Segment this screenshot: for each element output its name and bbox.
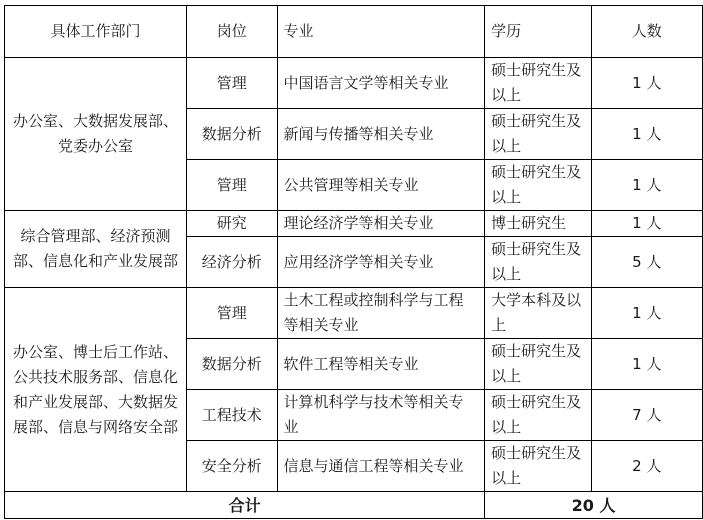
count-cell: 5 人 <box>591 237 702 288</box>
major-cell: 应用经济学等相关专业 <box>277 237 485 288</box>
table-row: 办公室、博士后工作站、公共技术服务部、信息化和产业发展部、大数据发展部、信息与网… <box>5 288 703 339</box>
education-cell: 硕士研究生及以上 <box>485 441 591 492</box>
education-cell: 硕士研究生及以上 <box>485 237 591 288</box>
major-cell: 信息与通信工程等相关专业 <box>277 441 485 492</box>
position-cell: 管理 <box>186 288 277 339</box>
education-cell: 硕士研究生及以上 <box>485 339 591 390</box>
count-cell: 1 人 <box>591 339 702 390</box>
table-row: 办公室、大数据发展部、党委办公室 管理 中国语言文学等相关专业 硕士研究生及以上… <box>5 58 703 109</box>
position-cell: 管理 <box>186 58 277 109</box>
position-cell: 数据分析 <box>186 339 277 390</box>
count-cell: 7 人 <box>591 390 702 441</box>
major-cell: 中国语言文学等相关专业 <box>277 58 485 109</box>
total-value: 20 人 <box>485 492 703 519</box>
count-cell: 1 人 <box>591 211 702 237</box>
education-cell: 博士研究生 <box>485 211 591 237</box>
total-row: 合计 20 人 <box>5 492 703 519</box>
position-cell: 经济分析 <box>186 237 277 288</box>
position-cell: 数据分析 <box>186 109 277 160</box>
major-cell: 计算机科学与技术等相关专业 <box>277 390 485 441</box>
major-cell: 软件工程等相关专业 <box>277 339 485 390</box>
count-cell: 1 人 <box>591 58 702 109</box>
header-position: 岗位 <box>186 6 277 58</box>
position-cell: 安全分析 <box>186 441 277 492</box>
education-cell: 硕士研究生及以上 <box>485 390 591 441</box>
header-department: 具体工作部门 <box>5 6 187 58</box>
recruitment-table: 具体工作部门 岗位 专业 学历 人数 办公室、大数据发展部、党委办公室 管理 中… <box>4 5 703 519</box>
major-cell: 理论经济学等相关专业 <box>277 211 485 237</box>
count-cell: 1 人 <box>591 288 702 339</box>
education-cell: 大学本科及以上 <box>485 288 591 339</box>
major-cell: 土木工程或控制科学与工程等相关专业 <box>277 288 485 339</box>
position-cell: 研究 <box>186 211 277 237</box>
major-cell: 公共管理等相关专业 <box>277 160 485 211</box>
department-cell: 办公室、博士后工作站、公共技术服务部、信息化和产业发展部、大数据发展部、信息与网… <box>5 288 187 492</box>
header-count: 人数 <box>591 6 702 58</box>
major-cell: 新闻与传播等相关专业 <box>277 109 485 160</box>
count-cell: 1 人 <box>591 160 702 211</box>
position-cell: 工程技术 <box>186 390 277 441</box>
count-cell: 2 人 <box>591 441 702 492</box>
total-label: 合计 <box>5 492 485 519</box>
department-cell: 综合管理部、经济预测部、信息化和产业发展部 <box>5 211 187 288</box>
count-cell: 1 人 <box>591 109 702 160</box>
table-row: 综合管理部、经济预测部、信息化和产业发展部 研究 理论经济学等相关专业 博士研究… <box>5 211 703 237</box>
header-education: 学历 <box>485 6 591 58</box>
education-cell: 硕士研究生及以上 <box>485 109 591 160</box>
education-cell: 硕士研究生及以上 <box>485 58 591 109</box>
position-cell: 管理 <box>186 160 277 211</box>
header-row: 具体工作部门 岗位 专业 学历 人数 <box>5 6 703 58</box>
education-cell: 硕士研究生及以上 <box>485 160 591 211</box>
department-cell: 办公室、大数据发展部、党委办公室 <box>5 58 187 211</box>
header-major: 专业 <box>277 6 485 58</box>
